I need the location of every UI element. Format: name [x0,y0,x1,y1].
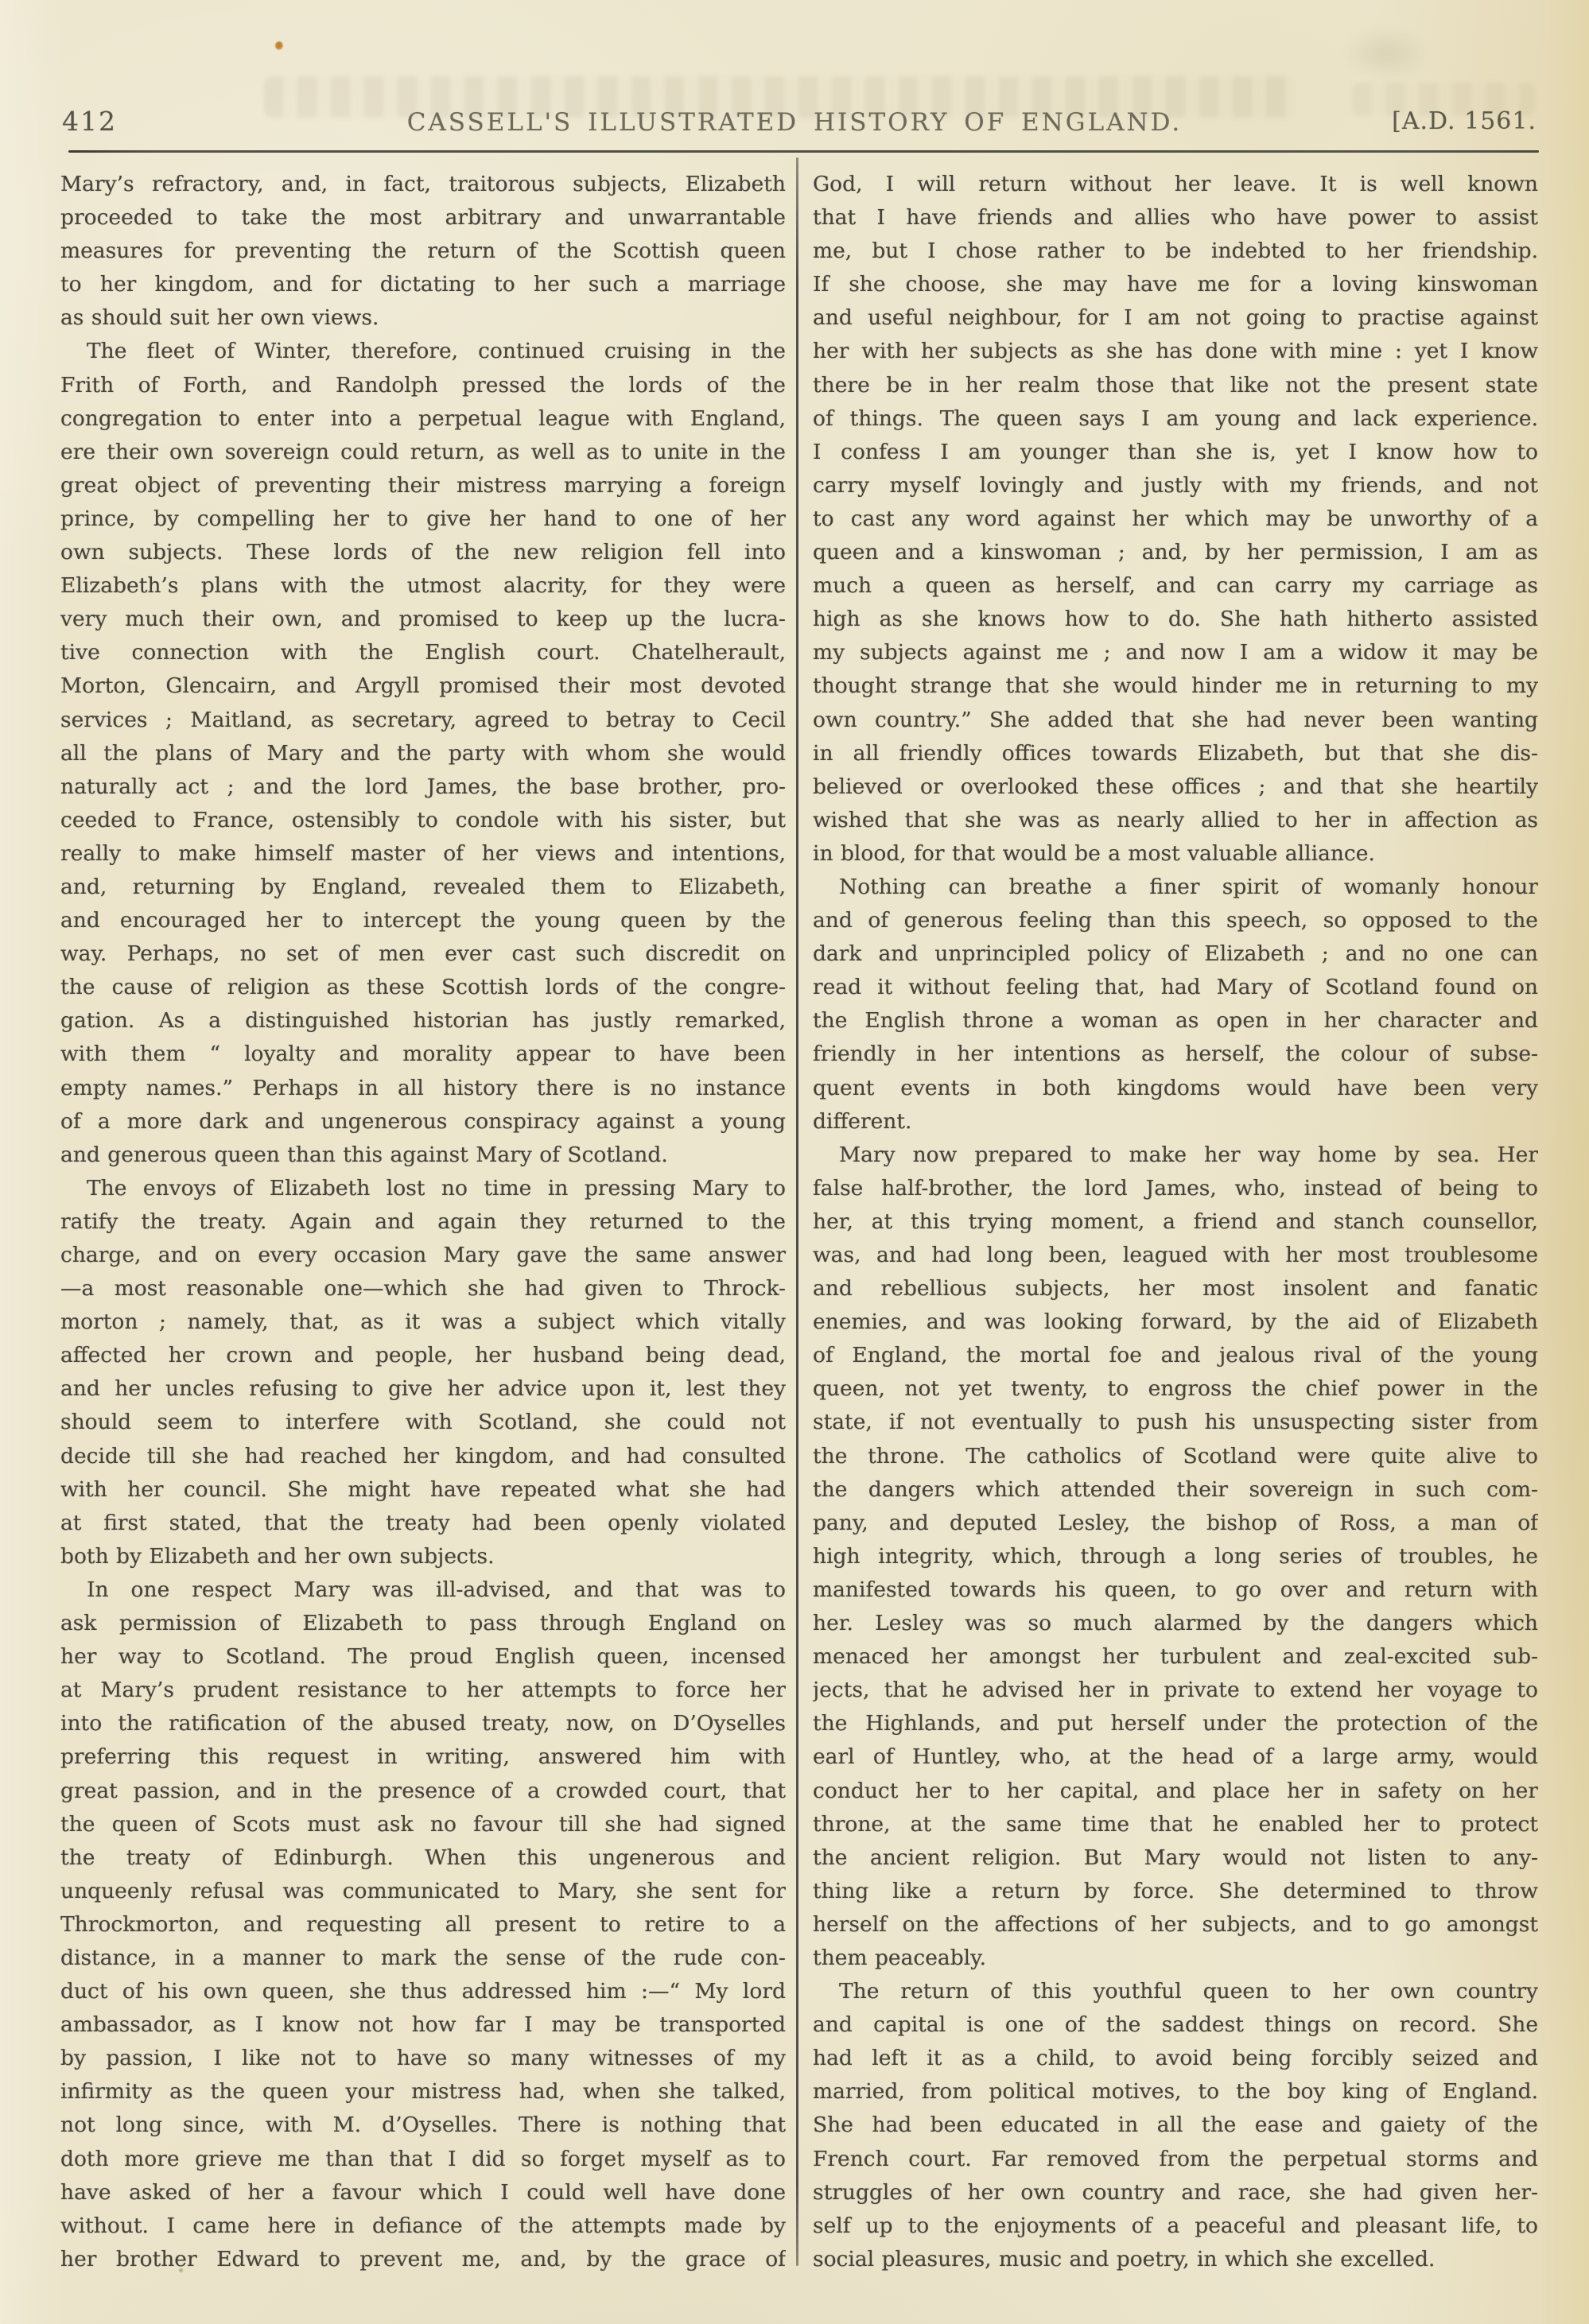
text-line: have asked of her a favour which I could… [60,2176,786,2210]
text-line: both by Elizabeth and her own subjects. [60,1540,786,1573]
text-line: doth more grieve me than that I did so f… [60,2143,786,2176]
text-line: read it without feeling that, had Mary o… [813,971,1538,1004]
text-line: morton ; namely, that, as it was a subje… [60,1306,786,1339]
text-line: the English throne a woman as open in he… [813,1004,1538,1038]
text-line: with them “ loyalty and morality appear … [60,1038,786,1071]
text-line: If she choose, she may have me for a lov… [813,268,1538,301]
text-line: her brother Edward to prevent me, and, b… [60,2243,786,2276]
text-line: thought strange that she would hinder me… [813,669,1538,703]
text-line: quent events in both kingdoms would have… [813,1072,1538,1105]
paragraph: Mary now prepared to make her way home b… [813,1139,1538,1975]
paragraph: The return of this youthful queen to her… [813,1975,1538,2276]
text-line: and, returning by England, revealed them… [60,871,786,904]
text-line: all the plans of Mary and the party with… [60,737,786,770]
text-line: by passion, I like not to have so many w… [60,2042,786,2075]
text-line: of a more dark and ungenerous conspiracy… [60,1105,786,1139]
text-line: her way to Scotland. The proud English q… [60,1640,786,1674]
text-line: struggles of her own country and race, s… [813,2176,1538,2210]
text-line: self up to the enjoyments of a peaceful … [813,2210,1538,2243]
text-line: and capital is one of the saddest things… [813,2008,1538,2042]
paragraph: Mary’s refractory, and, in fact, traitor… [60,168,786,335]
text-line: empty names.” Perhaps in all history the… [60,1072,786,1105]
paper-smudge [1342,27,1430,80]
text-line: Mary’s refractory, and, in fact, traitor… [60,168,786,201]
text-line: wished that she was as nearly allied to … [813,804,1538,837]
text-line: congregation to enter into a perpetual l… [60,402,786,436]
text-line: enemies, and was looking forward, by the… [813,1306,1538,1339]
text-line: ratify the treaty. Again and again they … [60,1205,786,1239]
text-line: very much their own, and promised to kee… [60,603,786,636]
text-line: the dangers which attended their soverei… [813,1473,1538,1507]
text-line: measures for preventing the return of th… [60,235,786,268]
text-line: naturally act ; and the lord James, the … [60,770,786,804]
text-line: there be in her realm those that like no… [813,369,1538,402]
ink-spot [275,41,283,50]
text-line: and her uncles refusing to give her advi… [60,1372,786,1406]
text-line: The envoys of Elizabeth lost no time in … [60,1172,786,1205]
text-line: way. Perhaps, no set of men ever cast su… [60,937,786,971]
text-line: had left it as a child, to avoid being f… [813,2042,1538,2075]
text-line: and of generous feeling than this speech… [813,904,1538,937]
text-line: duct of his own queen, she thus addresse… [60,1975,786,2008]
text-line: at first stated, that the treaty had bee… [60,1507,786,1540]
text-line: proceeded to take the most arbitrary and… [60,201,786,235]
text-line: believed or overlooked these offices ; a… [813,770,1538,804]
text-line: own country.” She added that she had nev… [813,704,1538,737]
text-line: In one respect Mary was ill-advised, and… [60,1573,786,1607]
text-line: and useful neighbour, for I am not going… [813,301,1538,335]
text-line: Frith of Forth, and Randolph pressed the… [60,369,786,402]
text-line: French court. Far removed from the perpe… [813,2143,1538,2176]
text-line: was, and had long been, leagued with her… [813,1239,1538,1272]
text-line: God, I will return without her leave. It… [813,168,1538,201]
text-line: great object of preventing their mistres… [60,469,786,502]
text-line: unqueenly refusal was communicated to Ma… [60,1875,786,1908]
text-line: ask permission of Elizabeth to pass thro… [60,1607,786,1640]
text-line: ceeded to France, ostensibly to condole … [60,804,786,837]
text-line: gation. As a distinguished historian has… [60,1004,786,1038]
text-line: in blood, for that would be a most valua… [813,837,1538,871]
text-line: with her council. She might have repeate… [60,1473,786,1507]
text-line: and generous queen than this against Mar… [60,1139,786,1172]
paragraph: Nothing can breathe a finer spirit of wo… [813,871,1538,1139]
paragraph: The fleet of Winter, therefore, continue… [60,335,786,1171]
text-line: own subjects. These lords of the new rel… [60,536,786,569]
text-line: prince, by compelling her to give her ha… [60,502,786,536]
text-line: different. [813,1105,1538,1139]
header-rule [68,150,1539,153]
text-line: much a queen as herself, and can carry m… [813,569,1538,603]
text-line: The return of this youthful queen to her… [813,1975,1538,2008]
text-line: charge, and on every occasion Mary gave … [60,1239,786,1272]
paragraph: In one respect Mary was ill-advised, and… [60,1573,786,2276]
text-line: her with her subjects as she has done wi… [813,335,1538,368]
text-line: social pleasures, music and poetry, in w… [813,2243,1538,2276]
text-line: the Highlands, and put herself under the… [813,1707,1538,1740]
text-line: false half-brother, the lord James, who,… [813,1172,1538,1205]
column-right: God, I will return without her leave. It… [813,168,1538,2276]
text-line: the queen of Scots must ask no favour ti… [60,1808,786,1841]
text-line: her. Lesley was so much alarmed by the d… [813,1607,1538,1640]
text-line: to her kingdom, and for dictating to her… [60,268,786,301]
text-line: and rebellious subjects, her most insole… [813,1272,1538,1306]
text-line: without. I came here in defiance of the … [60,2210,786,2243]
text-line: I confess I am younger than she is, yet … [813,436,1538,469]
text-line: The fleet of Winter, therefore, continue… [60,335,786,368]
text-line: herself on the affections of her subject… [813,1908,1538,1942]
column-left: Mary’s refractory, and, in fact, traitor… [60,168,786,2276]
text-line: her, at this trying moment, a friend and… [813,1205,1538,1239]
text-line: Throckmorton, and requesting all present… [60,1908,786,1942]
text-line: decide till she had reached her kingdom,… [60,1440,786,1473]
text-line: distance, in a manner to mark the sense … [60,1942,786,1975]
text-line: me, but I chose rather to be indebted to… [813,235,1538,268]
column-divider-rule [796,157,798,2266]
text-line: of England, the mortal foe and jealous r… [813,1339,1538,1372]
text-line: friendly in her intentions as herself, t… [813,1038,1538,1071]
text-line: carry myself lovingly and justly with my… [813,469,1538,502]
text-line: as should suit her own views. [60,301,786,335]
text-line: Elizabeth’s plans with the utmost alacri… [60,569,786,603]
text-line: tive connection with the English court. … [60,636,786,669]
text-line: services ; Maitland, as secretary, agree… [60,704,786,737]
text-line: the treaty of Edinburgh. When this ungen… [60,1841,786,1875]
running-head-title: CASSELL'S ILLUSTRATED HISTORY OF ENGLAND… [0,108,1589,137]
text-line: She had been educated in all the ease an… [813,2109,1538,2142]
text-line: married, from political motives, to the … [813,2075,1538,2109]
marginal-date: [A.D. 1561. [1392,107,1537,135]
text-line: ambassador, as I know not how far I may … [60,2008,786,2042]
text-line: state, if not eventually to push his uns… [813,1406,1538,1439]
text-line: to cast any word against her which may b… [813,502,1538,536]
text-line: throne, at the same time that he enabled… [813,1808,1538,1841]
paragraph: God, I will return without her leave. It… [813,168,1538,871]
text-line: high integrity, which, through a long se… [813,1540,1538,1573]
text-line: manifested towards his queen, to go over… [813,1573,1538,1607]
text-line: ere their own sovereign could return, as… [60,436,786,469]
text-line: and encouraged her to intercept the youn… [60,904,786,937]
text-line: in all friendly offices towards Elizabet… [813,737,1538,770]
text-line: of things. The queen says I am young and… [813,402,1538,436]
text-line: affected her crown and people, her husba… [60,1339,786,1372]
text-line: really to make himself master of her vie… [60,837,786,871]
text-line: Nothing can breathe a finer spirit of wo… [813,871,1538,904]
text-line: the cause of religion as these Scottish … [60,971,786,1004]
text-line: that I have friends and allies who have … [813,201,1538,235]
text-line: earl of Huntley, who, at the head of a l… [813,1740,1538,1774]
text-line: menaced her amongst her turbulent and ze… [813,1640,1538,1674]
text-line: —a most reasonable one—which she had giv… [60,1272,786,1306]
text-line: jects, that he advised her in private to… [813,1674,1538,1707]
text-line: Mary now prepared to make her way home b… [813,1139,1538,1172]
text-line: should seem to interfere with Scotland, … [60,1406,786,1439]
text-line: my subjects against me ; and now I am a … [813,636,1538,669]
text-line: not long since, with M. d’Oyselles. Ther… [60,2109,786,2142]
text-line: into the ratification of the abused trea… [60,1707,786,1740]
text-line: Morton, Glencairn, and Argyll promised t… [60,669,786,703]
text-line: them peaceably. [813,1942,1538,1975]
text-line: queen, not yet twenty, to engross the ch… [813,1372,1538,1406]
text-line: the throne. The catholics of Scotland we… [813,1440,1538,1473]
text-line: at Mary’s prudent resistance to her atte… [60,1674,786,1707]
text-line: thing like a return by force. She determ… [813,1875,1538,1908]
text-line: dark and unprincipled policy of Elizabet… [813,937,1538,971]
text-line: infirmity as the queen your mistress had… [60,2075,786,2109]
scanned-book-page: 412 CASSELL'S ILLUSTRATED HISTORY OF ENG… [0,0,1589,2324]
text-line: the ancient religion. But Mary would not… [813,1841,1538,1875]
text-line: great passion, and in the presence of a … [60,1775,786,1808]
text-line: conduct her to her capital, and place he… [813,1775,1538,1808]
text-line: preferring this request in writing, answ… [60,1740,786,1774]
text-line: queen and a kinswoman ; and, by her perm… [813,536,1538,569]
text-line: pany, and deputed Lesley, the bishop of … [813,1507,1538,1540]
paragraph: The envoys of Elizabeth lost no time in … [60,1172,786,1573]
text-line: high as she knows how to do. She hath hi… [813,603,1538,636]
